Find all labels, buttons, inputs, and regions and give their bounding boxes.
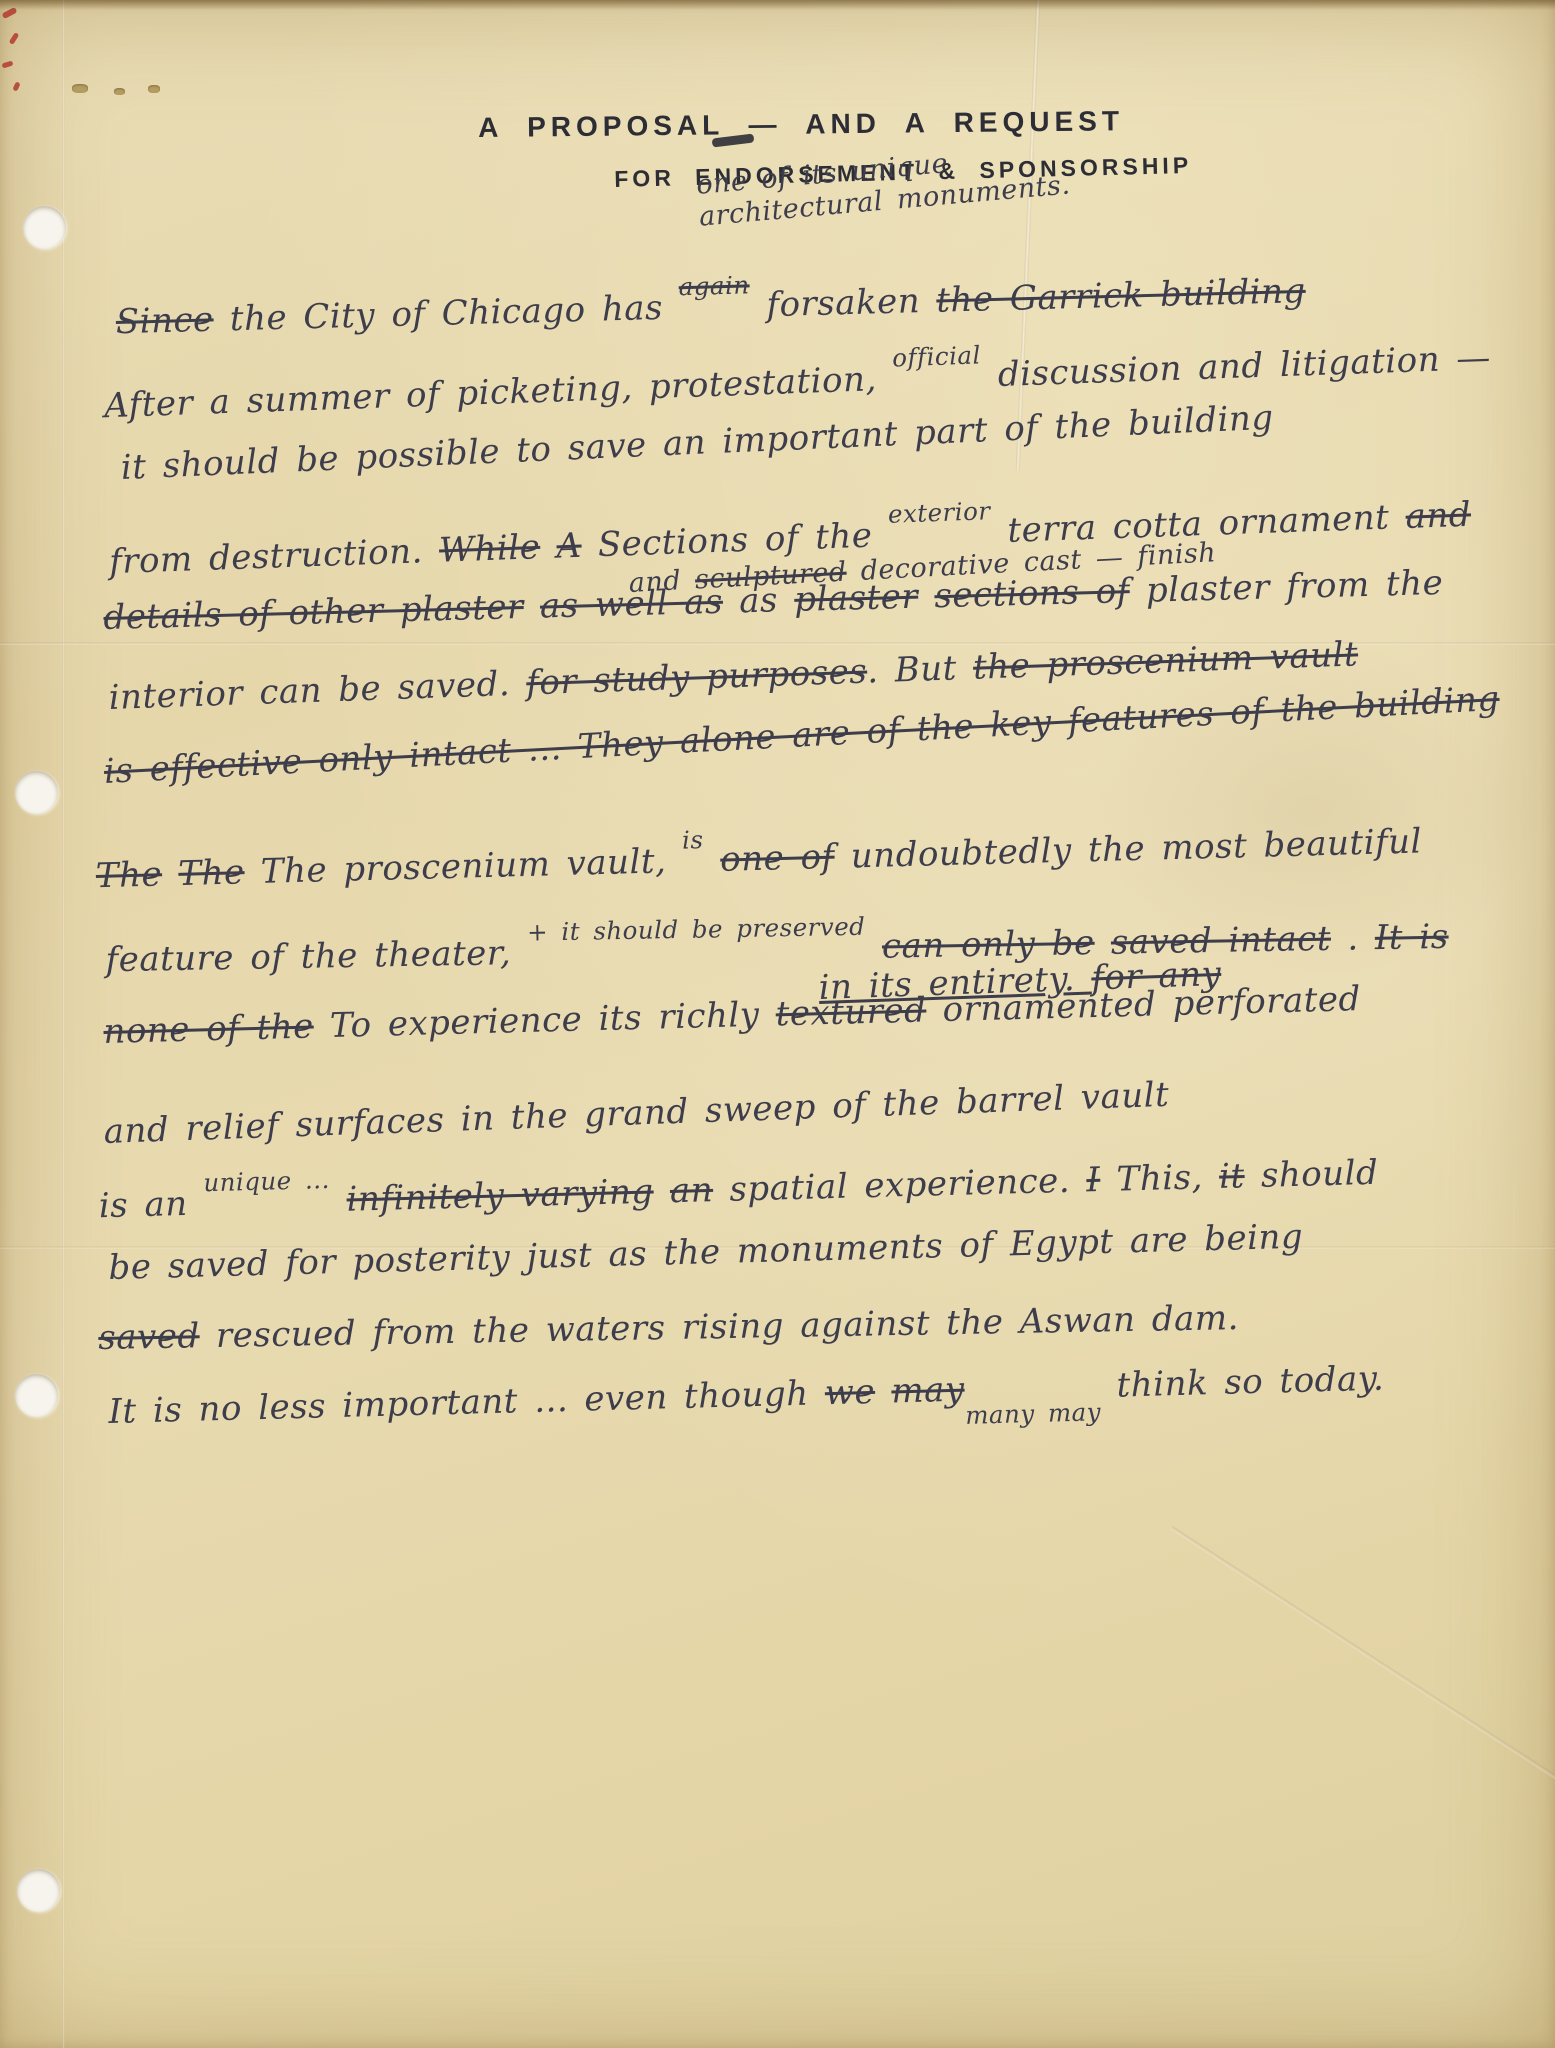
fold-crease: [62, 0, 65, 2048]
struck-text: A: [556, 526, 582, 567]
struck-text: plaster: [794, 577, 919, 620]
struck-text: for study purposes: [526, 652, 868, 704]
struck-text: details of other plaster: [103, 587, 524, 638]
struck-text: none of the: [103, 1006, 314, 1051]
handwritten-line-insert-top: one of its unique architectural monument…: [695, 132, 1139, 234]
handwritten-text: It is no less important ... even though: [108, 1373, 825, 1432]
struck-text: the proscenium vault: [972, 634, 1358, 687]
handwritten-text: [703, 840, 720, 880]
handwritten-text: rescued from the waters rising against t…: [199, 1298, 1239, 1356]
punch-hole: [15, 1374, 58, 1417]
handwritten-line-l11: and relief surfaces in the grand sweep o…: [103, 1075, 1170, 1152]
punch-hole: [17, 1869, 60, 1912]
handwritten-text: [865, 927, 882, 967]
fold-crease: [1016, 0, 1040, 470]
handwritten-text: [540, 527, 558, 568]
struck-text: It is: [1375, 917, 1449, 958]
struck-text: The: [178, 852, 245, 894]
handwritten-text: as: [722, 580, 794, 622]
handwritten-text: forsaken: [750, 281, 937, 326]
handwritten-line-l12: is an unique ... infinitely varying an s…: [98, 1138, 1379, 1226]
struck-text: we: [824, 1372, 875, 1413]
staple-rust-mark: [114, 88, 125, 95]
red-pen-mark: [12, 81, 20, 91]
handwritten-text: undoubtedly the most beautiful: [834, 822, 1422, 877]
handwritten-text: unique ...: [203, 1165, 330, 1197]
red-pen-mark: [1, 60, 13, 68]
handwritten-text: spatial experience.: [713, 1160, 1087, 1210]
handwritten-line-l15: It is no less important ... even though …: [108, 1359, 1385, 1454]
struck-text: and: [1405, 495, 1472, 537]
paper-sheet: A PROPOSAL — AND A REQUEST FOR ENDORSEME…: [0, 0, 1555, 2048]
handwritten-text: The proscenium vault,: [244, 841, 683, 892]
handwritten-text: [330, 1180, 347, 1220]
handwritten-text: interior can be saved.: [108, 663, 527, 718]
struck-text: While: [438, 527, 541, 571]
handwritten-line-l2: After a summer of picketing, protestatio…: [103, 324, 1491, 427]
struck-text: The: [95, 855, 162, 897]
handwritten-text: To experience its richly: [313, 994, 776, 1046]
handwritten-text: . But: [866, 648, 973, 692]
handwritten-text: feature of the theater,: [105, 933, 528, 980]
handwritten-text: is: [682, 825, 704, 855]
struck-text: infinitely varying: [346, 1172, 654, 1220]
struck-text: saved: [98, 1316, 200, 1358]
handwritten-text: is an: [98, 1183, 204, 1226]
handwritten-text: the City of Chicago has: [213, 287, 680, 339]
handwritten-text: This,: [1100, 1157, 1220, 1200]
handwritten-text: discussion and litigation —: [981, 338, 1492, 396]
handwritten-text: one of its unique architectural monument…: [695, 147, 1072, 233]
handwritten-text: + it should be preserved: [527, 912, 866, 947]
handwritten-text: After a summer of picketing, protestatio…: [103, 359, 893, 427]
staple-rust-mark: [72, 84, 88, 93]
red-pen-mark: [9, 32, 20, 45]
handwritten-text: [875, 1371, 892, 1411]
handwritten-text: be saved for posterity just as the monum…: [108, 1217, 1304, 1288]
struck-text: an: [669, 1170, 713, 1211]
handwritten-line-l8: The The The proscenium vault, is one of …: [95, 807, 1422, 896]
staple-rust-mark: [148, 85, 160, 93]
struck-text: one of: [720, 837, 835, 880]
struck-text: may: [891, 1370, 965, 1412]
punch-hole: [15, 771, 58, 814]
struck-text: again: [678, 270, 750, 301]
handwritten-line-l14: saved rescued from the waters rising aga…: [98, 1298, 1239, 1358]
struck-text: Since: [115, 300, 214, 343]
document-title-line1: A PROPOSAL — AND A REQUEST: [478, 105, 1124, 144]
struck-text: it: [1219, 1156, 1246, 1197]
handwritten-line-l9: feature of the theater, + it should be p…: [105, 903, 1449, 981]
struck-text: textured: [775, 990, 927, 1034]
handwritten-line-l13: be saved for posterity just as the monum…: [108, 1217, 1304, 1288]
handwritten-text: from destruction.: [108, 531, 439, 582]
handwritten-text: [653, 1171, 670, 1211]
handwritten-text: should: [1244, 1153, 1379, 1196]
struck-text: as well as: [539, 582, 723, 627]
handwritten-text: [162, 854, 179, 894]
handwritten-text: exterior: [887, 496, 990, 529]
handwritten-line-l1: Since the City of Chicago has again fors…: [115, 257, 1306, 342]
handwritten-line-l10: none of the To experience its richly tex…: [103, 979, 1361, 1052]
handwritten-text: [523, 587, 540, 627]
struck-text: sections of: [934, 571, 1130, 616]
handwritten-text: .: [1331, 918, 1376, 959]
handwritten-text: official: [892, 340, 982, 372]
fold-crease: [1171, 1526, 1555, 1878]
punch-hole: [23, 206, 66, 249]
handwritten-text: many may: [965, 1397, 1101, 1430]
handwritten-text: plaster from the: [1129, 563, 1443, 611]
red-pen-mark: [1, 7, 17, 19]
struck-text: the Garrick building: [936, 271, 1306, 321]
handwritten-text: [918, 576, 935, 616]
handwritten-text: and relief surfaces in the grand sweep o…: [103, 1075, 1170, 1152]
handwritten-text: think so today.: [1100, 1359, 1385, 1406]
struck-text: I: [1086, 1160, 1101, 1200]
